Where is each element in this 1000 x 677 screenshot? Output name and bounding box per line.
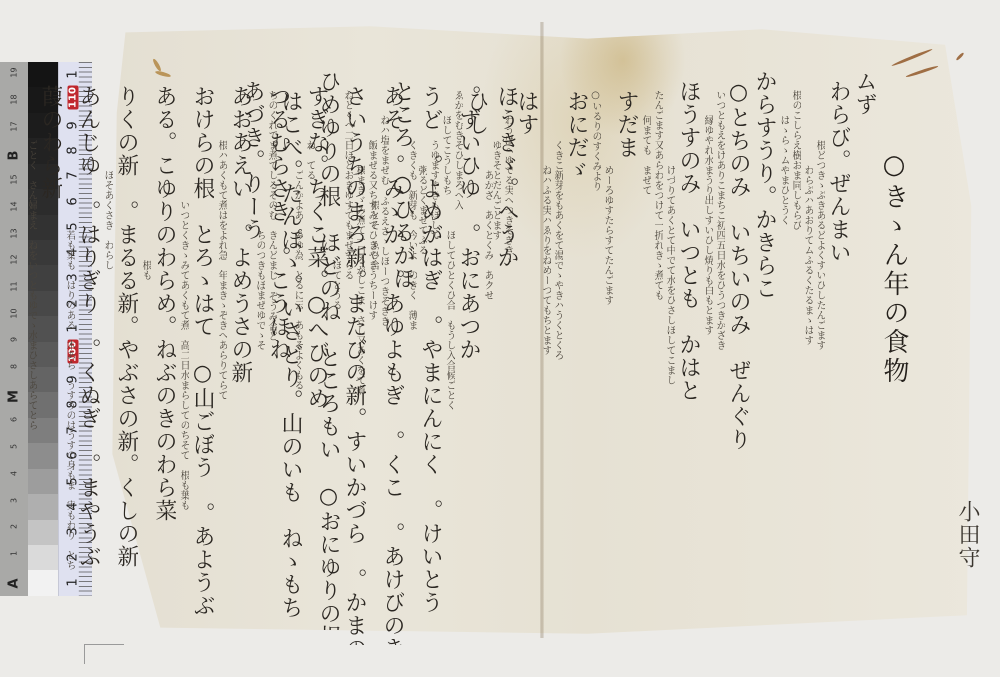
text-column: あそ 。みゝか 。あゆよもぎ 。くこ 。あけびのきらめ [380, 85, 404, 645]
annotation-column: ほしてひとくひ合 もうし入合候ごとく [444, 230, 455, 410]
text-column: うど 。よめがはぎ 。やまにんにく 。けいとう [418, 85, 442, 614]
annotation-column: くきこ新芽をもあくをて湯でゝやきハうくとくろ [552, 140, 563, 360]
scale-label: 19 [10, 61, 19, 85]
text-column: 。ずいひゆ 。おにあつか [456, 85, 480, 361]
annotation-column: ねハふる実ハゑりをねめーつてもちとます [540, 165, 551, 355]
text-column: ある。こゆりのわらめ。ねぶのきのわら菜 [152, 85, 176, 522]
annotation-column: ○いるりのすくみより [590, 90, 601, 191]
annotation-column: めーろゆすたらすてたんごます [602, 165, 613, 305]
gray-patch [28, 545, 58, 570]
annotation-column: ごんかよあ みゆ為 とるに云 あもそよくもる [292, 170, 303, 390]
gray-patch [28, 469, 58, 494]
scale-label: 4 [10, 461, 19, 485]
text-column: すだま [614, 90, 638, 159]
gray-patch [28, 494, 58, 519]
scale-label: 8 [10, 355, 19, 379]
annotation-column: 若も葉も はりのある 木あら うすうのはうすの身もま 実もわり とち [64, 230, 75, 570]
scale-label: 13 [10, 221, 19, 245]
text-column: さいうちのまろ新。またびの新。すいかづら 。かまのつの [342, 85, 366, 645]
scale-label: B [7, 144, 22, 168]
text-column: ○とちのみ いちいのみ ぜんぐり [726, 80, 750, 451]
annotation-column: 根とそ ゑひ合 [368, 200, 379, 270]
gray-patch [28, 570, 58, 595]
ruler-number: 1 [66, 64, 81, 84]
text-column: あおあえい 。よめうさの新 [228, 85, 252, 384]
text-column: すぎな。ちくこ菜。○へびのめ [304, 85, 328, 410]
scale-label: 11 [10, 274, 19, 298]
color-scale-card: 191817B15141312111098M654321A [0, 62, 28, 596]
annotation-column: あかざ あくとくみ あクせ [482, 170, 493, 300]
gray-patch [28, 62, 58, 87]
text-column: おけらの根 とろゝはて ○山ごぼう 。あようぶ [190, 85, 214, 617]
text-column: ほうきゞ。へうか [494, 85, 518, 269]
scale-label: 6 [10, 408, 19, 432]
scale-label: 2 [10, 515, 19, 539]
scale-label: 14 [10, 194, 19, 218]
scale-label: 12 [10, 248, 19, 272]
text-column: ほうすのみ いつとも かはと [676, 80, 700, 402]
document-title: ○きゝん年の食物 [880, 150, 908, 386]
annotation-column: けづりてあくとて中でて水をひさしほしてこまし [664, 165, 675, 385]
annotation-column: 根どつきゝぶきあるどよくすいひしたんごます [814, 140, 825, 350]
signature: 小田守 [955, 500, 979, 569]
scale-label: 17 [10, 114, 19, 138]
stain-mark-right-3 [955, 52, 964, 61]
scale-label: 18 [10, 88, 19, 112]
scale-label: 1 [10, 541, 19, 565]
scale-label: A [7, 571, 22, 595]
annotation-column: くきくも 新芽も 今いよ のきく 薄ま [406, 140, 417, 330]
annotation-column: いつともえをけありこまちこ初四五日水をひうつきかざき [714, 90, 725, 350]
annotation-column: 根ハあくもて煮はをよれ急 年まきゝぞきへあらりてらて [216, 140, 227, 400]
annotation-column: 縁ゆやれ水まうり出しすいひし焼りも白もとます [702, 115, 713, 335]
text-column: りくの新 。まるる新。やぶさの新。くしの新 [114, 85, 138, 568]
text-column: あんじゆ 。はりぎり 。くぬぎ 。まやうぶ [76, 85, 100, 568]
annotation-column: ほそあくさき わらし [102, 170, 113, 270]
scale-label: 3 [10, 488, 19, 512]
scale-label: 10 [10, 301, 19, 325]
text-column: つるむらさき 。こうほね [266, 85, 290, 361]
scale-label: 15 [10, 168, 19, 192]
annotation-column: いつとくきゝみてあくもて煮 高二日水まらしてのちそて 根も葉も [178, 200, 189, 510]
annotation-column: ほてとうる [330, 260, 341, 310]
annotation-column: 根も [140, 260, 151, 280]
scale-label: M [7, 384, 22, 408]
scale-label: 5 [10, 435, 19, 459]
annotation-column: 根のこしらえ樹おま同しもらび [790, 90, 801, 230]
annotation-column: たんごます又あらわをつけて一折れきゝ煮ても [652, 90, 663, 300]
scale-label: 9 [10, 328, 19, 352]
annotation-column: はゝらゝムやまひとうく [778, 115, 789, 225]
corner-tag [84, 644, 124, 664]
annotation-column: ごとく さん婦まえ ねをいつともゆでゝ水まひさしあらてとら [26, 140, 37, 430]
annotation-column: 何まても まぜて [640, 115, 651, 195]
annotation-column: ちのつきもぼまぜゆでゝそ [254, 230, 265, 350]
text-column: おにだゞ [564, 90, 588, 182]
annotation-column: わらぶハあおりてムふるくたるまゝはす [802, 165, 813, 345]
text-column: わらび。ぜんまい [826, 80, 850, 264]
text-column: 葭のわら新 [38, 85, 62, 200]
ruler-number: 1 [66, 573, 81, 593]
text-column: からすうり。かきらこ [752, 70, 776, 300]
gray-patch [28, 520, 58, 545]
gray-patch [28, 443, 58, 468]
text-column: ムず [852, 70, 876, 116]
